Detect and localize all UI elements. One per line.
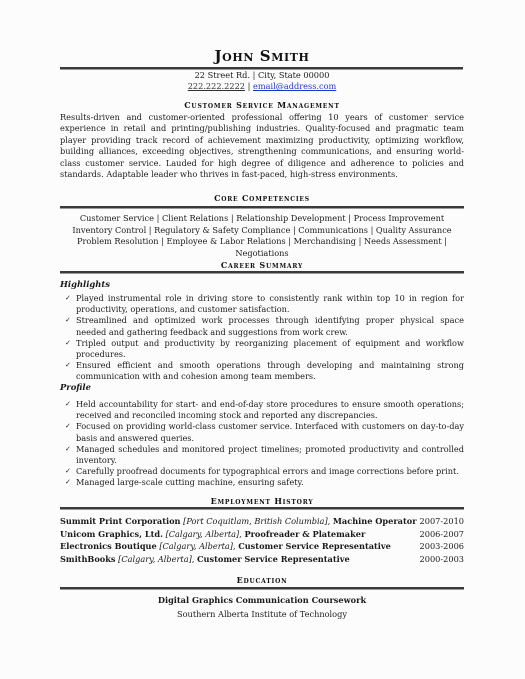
contact-separator: | [248, 81, 251, 91]
highlights-list: ✓Played instrumental role in driving sto… [60, 293, 464, 383]
list-item: ✓Managed large-scale cutting machine, en… [60, 477, 464, 488]
check-icon: ✓ [65, 399, 71, 410]
list-item: ✓Held accountability for start- and end-… [60, 399, 464, 421]
job-dates: 2000-2003 [420, 553, 464, 566]
summary-title: Customer Service Management [60, 100, 464, 110]
list-item: ✓Streamlined and optimized work processe… [60, 315, 464, 337]
address-line: 22 Street Rd. | City, State 00000 [60, 70, 464, 81]
job-entry: Electronics Boutique [Calgary, Alberta],… [60, 540, 464, 553]
education-rule [60, 587, 464, 590]
job-entry: Summit Print Corporation [Port Coquitlam… [60, 515, 464, 528]
phone-number[interactable]: 222.222.2222 [188, 81, 245, 91]
check-icon: ✓ [65, 444, 71, 455]
education-school: Southern Alberta Institute of Technology [60, 609, 464, 619]
check-icon: ✓ [65, 421, 71, 432]
contact-line: 222.222.2222 | email@address.com [60, 81, 464, 92]
career-title: Career Summary [60, 260, 464, 270]
check-icon: ✓ [65, 293, 71, 304]
list-item: ✓Ensured efficient and smooth operations… [60, 360, 464, 382]
highlights-label: Highlights [60, 279, 110, 289]
competency-line: Problem Resolution | Employee & Labor Re… [52, 236, 472, 259]
competencies-rule [60, 206, 464, 209]
education-title: Education [60, 575, 464, 585]
job-dates: 2003-2006 [420, 540, 464, 553]
job-dates: 2006-2007 [420, 528, 464, 541]
career-rule [60, 271, 464, 274]
list-item: ✓Played instrumental role in driving sto… [60, 293, 464, 315]
employment-title: Employment History [60, 496, 464, 506]
summary-paragraph: Results-driven and customer-oriented pro… [60, 112, 464, 180]
check-icon: ✓ [65, 477, 71, 488]
list-item: ✓Tripled output and productivity by reor… [60, 338, 464, 360]
competencies-title: Core Competencies [60, 193, 464, 203]
employment-rule [60, 507, 464, 510]
competency-line: Inventory Control | Regulatory & Safety … [52, 225, 472, 237]
email-link[interactable]: email@address.com [253, 81, 336, 91]
list-item: ✓Carefully proofread documents for typog… [60, 466, 464, 477]
check-icon: ✓ [65, 360, 71, 371]
competencies-list: Customer Service | Client Relations | Re… [52, 213, 472, 260]
candidate-name: John Smith [60, 47, 464, 65]
competency-line: Customer Service | Client Relations | Re… [52, 213, 472, 225]
job-entry: SmithBooks [Calgary, Alberta], Customer … [60, 553, 464, 566]
education-degree: Digital Graphics Communication Coursewor… [60, 595, 464, 605]
list-item: ✓Managed schedules and monitored project… [60, 444, 464, 466]
employment-list: Summit Print Corporation [Port Coquitlam… [60, 515, 464, 565]
list-item: ✓Focused on providing world-class custom… [60, 421, 464, 443]
profile-list: ✓Held accountability for start- and end-… [60, 399, 464, 489]
check-icon: ✓ [65, 315, 71, 326]
check-icon: ✓ [65, 466, 71, 477]
job-dates: 2007-2010 [420, 515, 464, 528]
check-icon: ✓ [65, 338, 71, 349]
profile-label: Profile [60, 382, 91, 392]
job-entry: Unicom Graphics, Ltd. [Calgary, Alberta]… [60, 528, 464, 541]
